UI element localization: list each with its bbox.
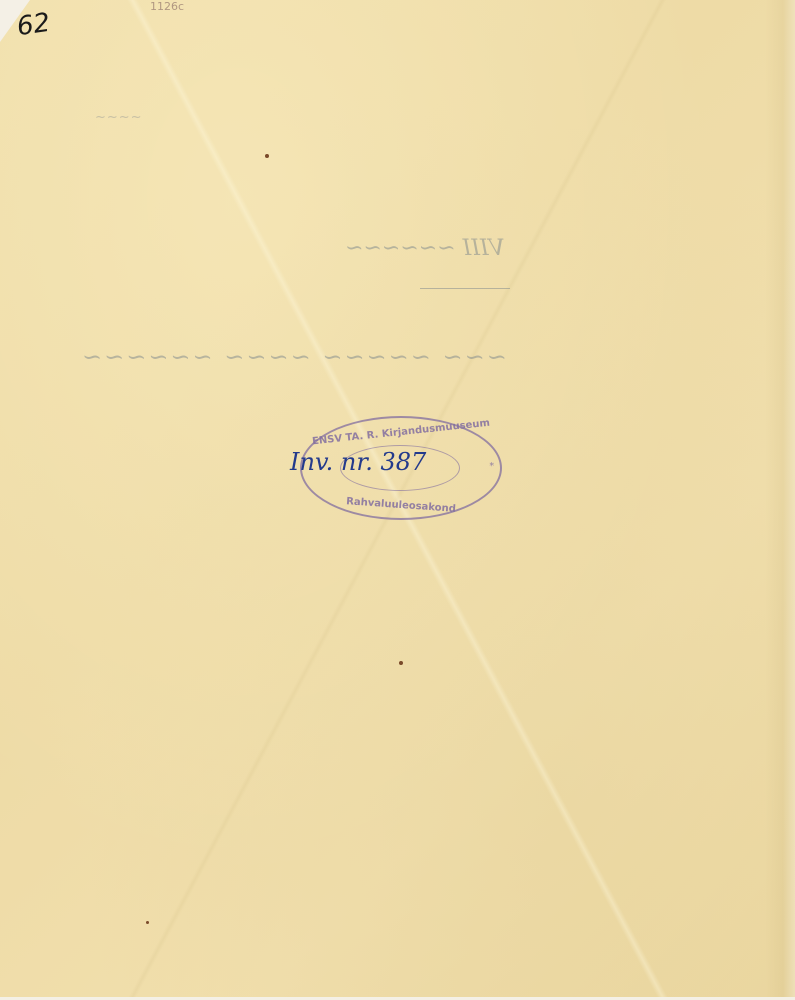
page-edge	[765, 0, 795, 997]
folio-number: 62	[15, 8, 52, 42]
stamp-bottom-text: Rahvaluuleosakond	[302, 493, 500, 518]
paper-spot	[265, 154, 269, 158]
pencil-heading: VIII ~~~~~~	[345, 236, 505, 261]
bleed-through-mark: ~~~~	[95, 110, 143, 125]
paper-page: 62 1126c ~~~~ VIII ~~~~~~ ~~~ ~~~~~ ~~~~…	[0, 0, 795, 997]
stamp-star-icon: *	[490, 462, 495, 472]
stamp-top-text: ENSV TA. R. Kirjandusmuuseum	[302, 417, 500, 449]
paper-spot	[146, 921, 149, 924]
pencil-title: ~~~ ~~~~~ ~~~~ ~~~~~~	[80, 343, 507, 371]
archive-mark: 1126c	[150, 0, 184, 13]
heading-underline	[420, 288, 510, 289]
inventory-number: Inv. nr. 387	[290, 448, 426, 476]
paper-spot	[399, 661, 403, 665]
